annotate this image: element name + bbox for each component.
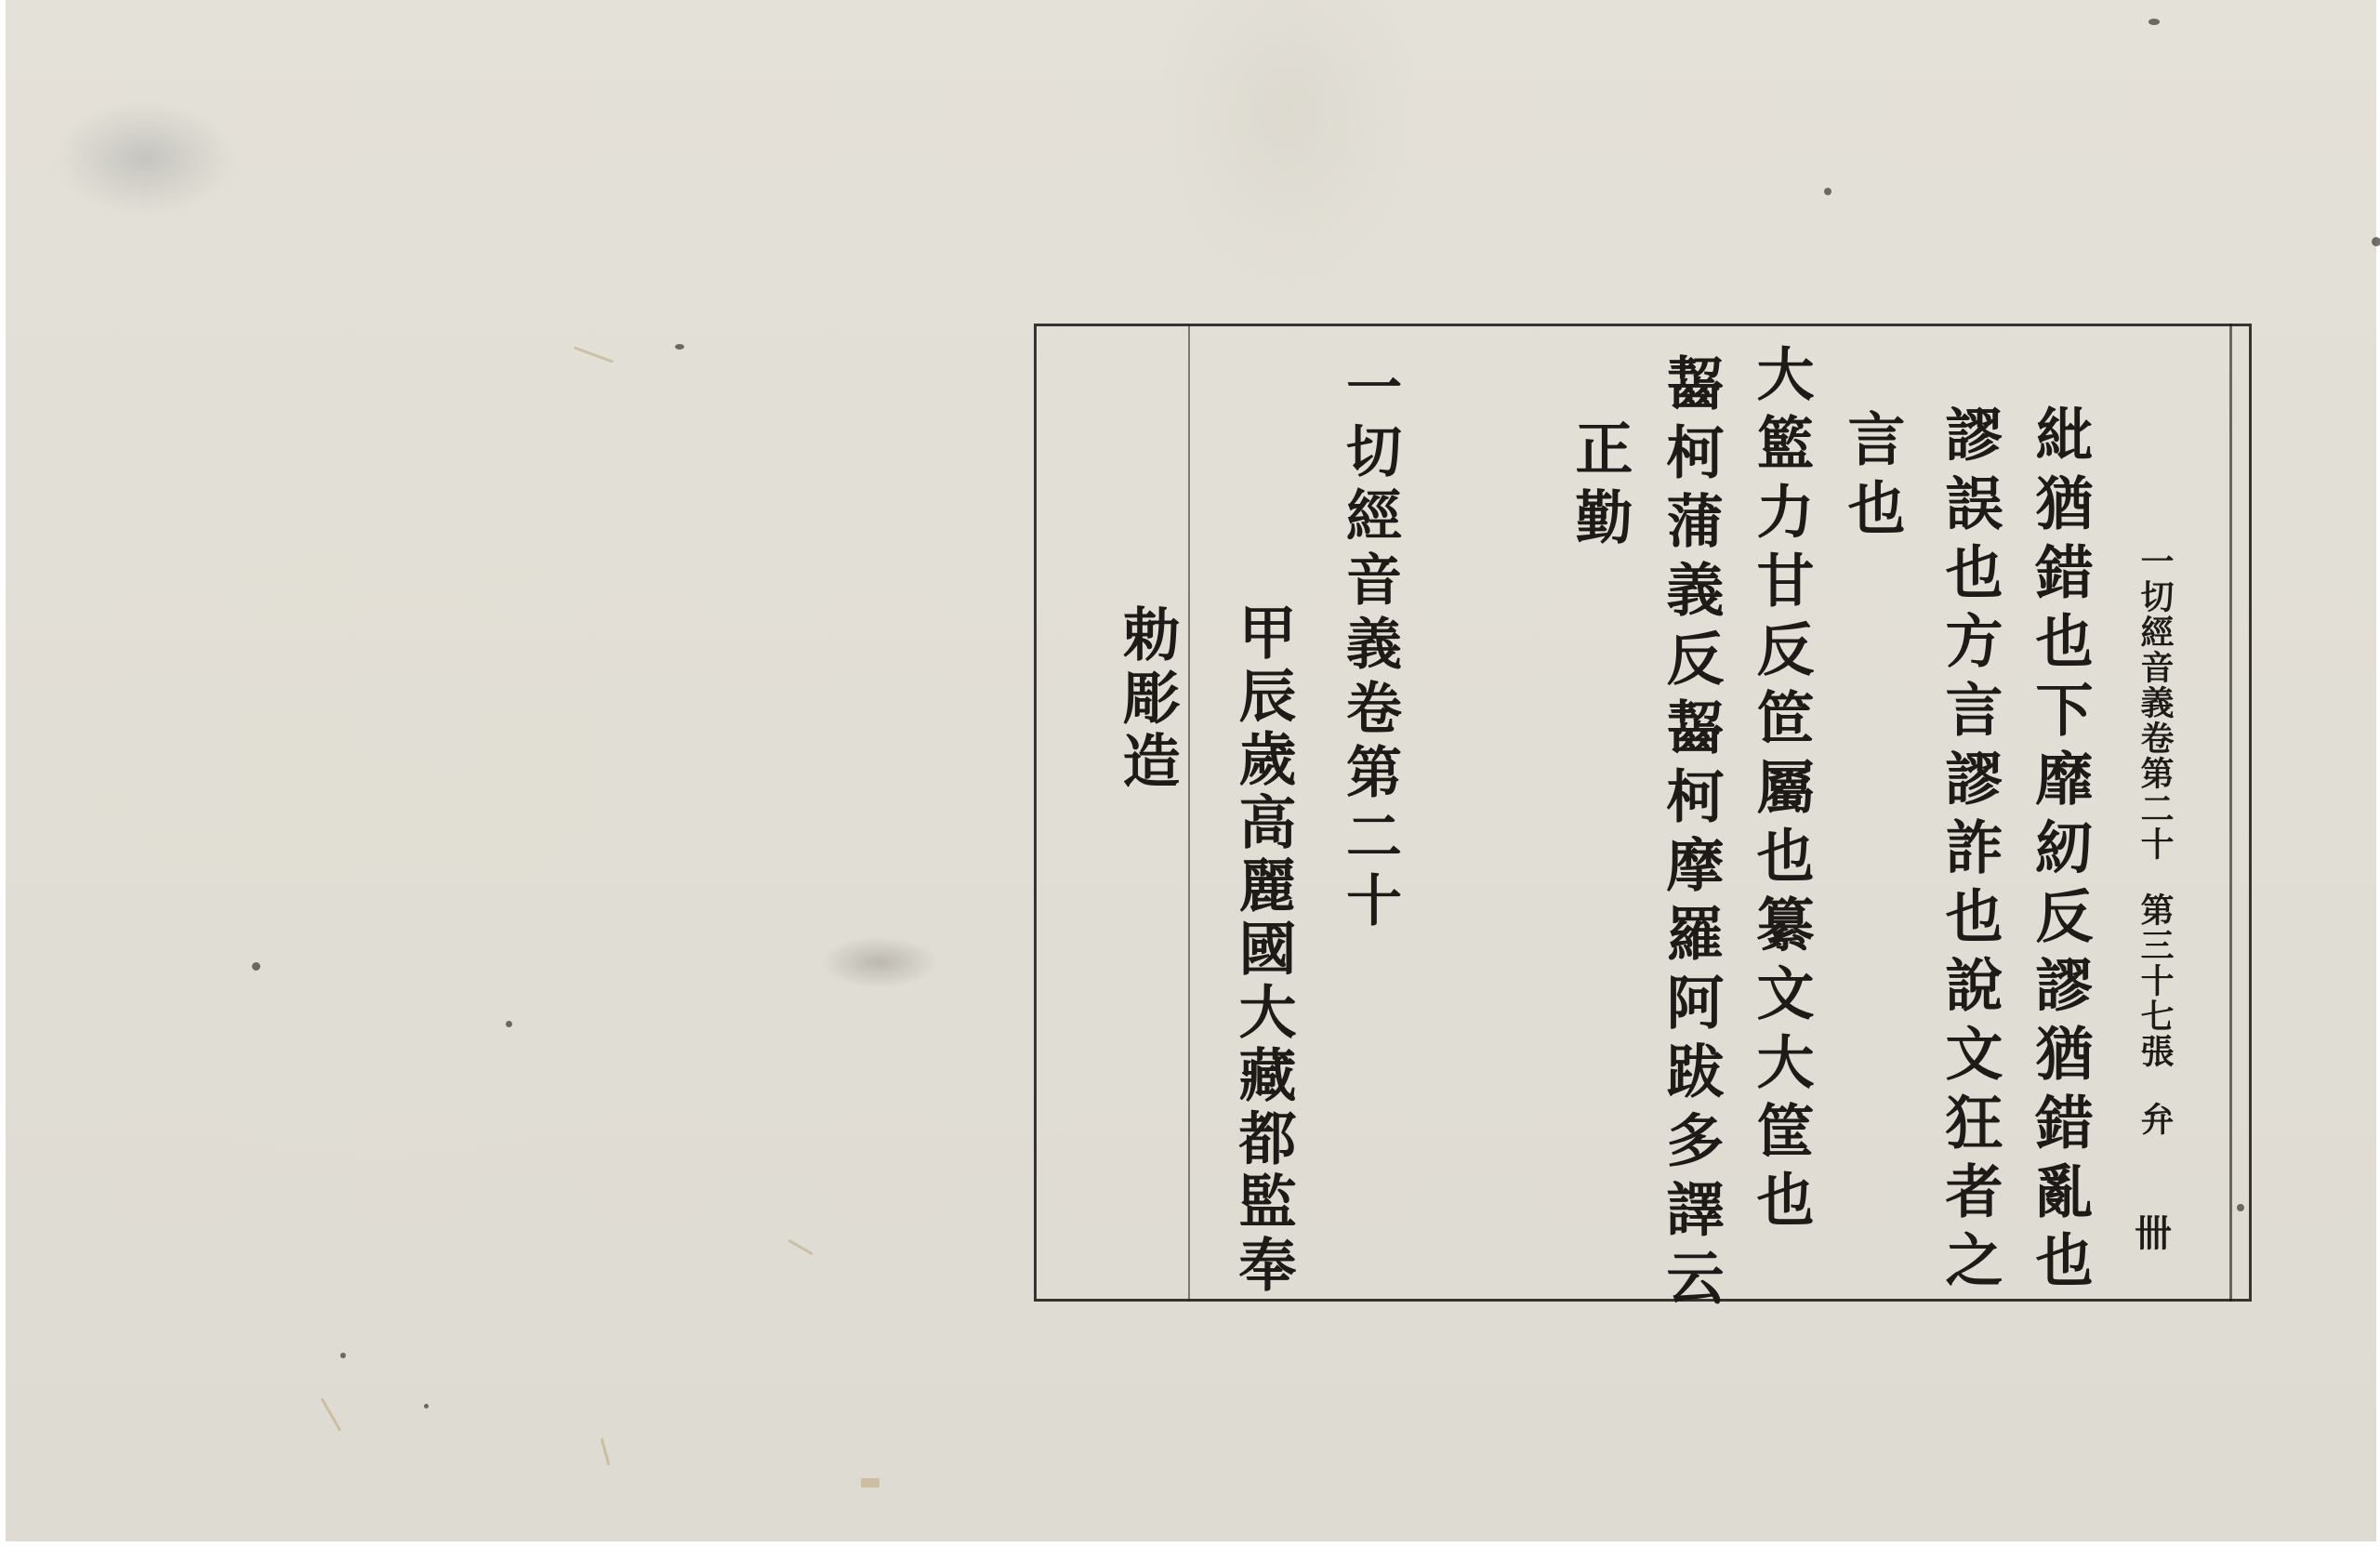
end-title: 一切經音義卷第二十 <box>1339 358 1400 935</box>
inner-column-rule <box>1188 324 1190 1302</box>
text-column-2: 謬誤也方言謬詐也說文狂者之 <box>1937 404 2002 1299</box>
paper-fiber <box>601 1438 611 1466</box>
text-column-3: 言也 <box>1839 409 1904 547</box>
margin-column-rule <box>2229 324 2232 1302</box>
margin-carver-mark: 弁 <box>2136 1102 2174 1137</box>
ink-speck <box>424 1404 429 1408</box>
ink-speck <box>252 962 260 971</box>
ink-speck <box>675 344 684 350</box>
paper-fiber <box>321 1397 342 1431</box>
block-mark-icon: 卌 <box>2135 1204 2172 1257</box>
colophon-line-1: 甲辰歲高麗國大藏都監奉 <box>1232 602 1293 1298</box>
colophon-line-2: 勅彫造 <box>1116 604 1177 794</box>
text-column-5: 齧柯蒲義反齧柯摩羅阿跋多譯云 <box>1658 353 1723 1316</box>
ink-speck <box>2372 237 2380 246</box>
paper-fiber <box>787 1239 813 1256</box>
margin-title: 一切經音義卷第二十 <box>2136 544 2174 862</box>
margin-sheet-number: 第三十七張 <box>2136 892 2174 1069</box>
text-column-4: 大籃力甘反笸屬也纂文大筐也 <box>1748 344 1813 1238</box>
text-column-6: 正勤 <box>1567 418 1632 556</box>
paper-fiber <box>861 1478 879 1487</box>
ink-speck <box>1824 188 1831 195</box>
ink-speck <box>506 1021 512 1027</box>
ink-speck <box>2149 19 2160 25</box>
ink-speck <box>340 1353 346 1358</box>
text-column-1: 紕猶錯也下靡紉反謬猶錯亂也 <box>2027 404 2092 1299</box>
paper-fiber <box>574 346 614 363</box>
